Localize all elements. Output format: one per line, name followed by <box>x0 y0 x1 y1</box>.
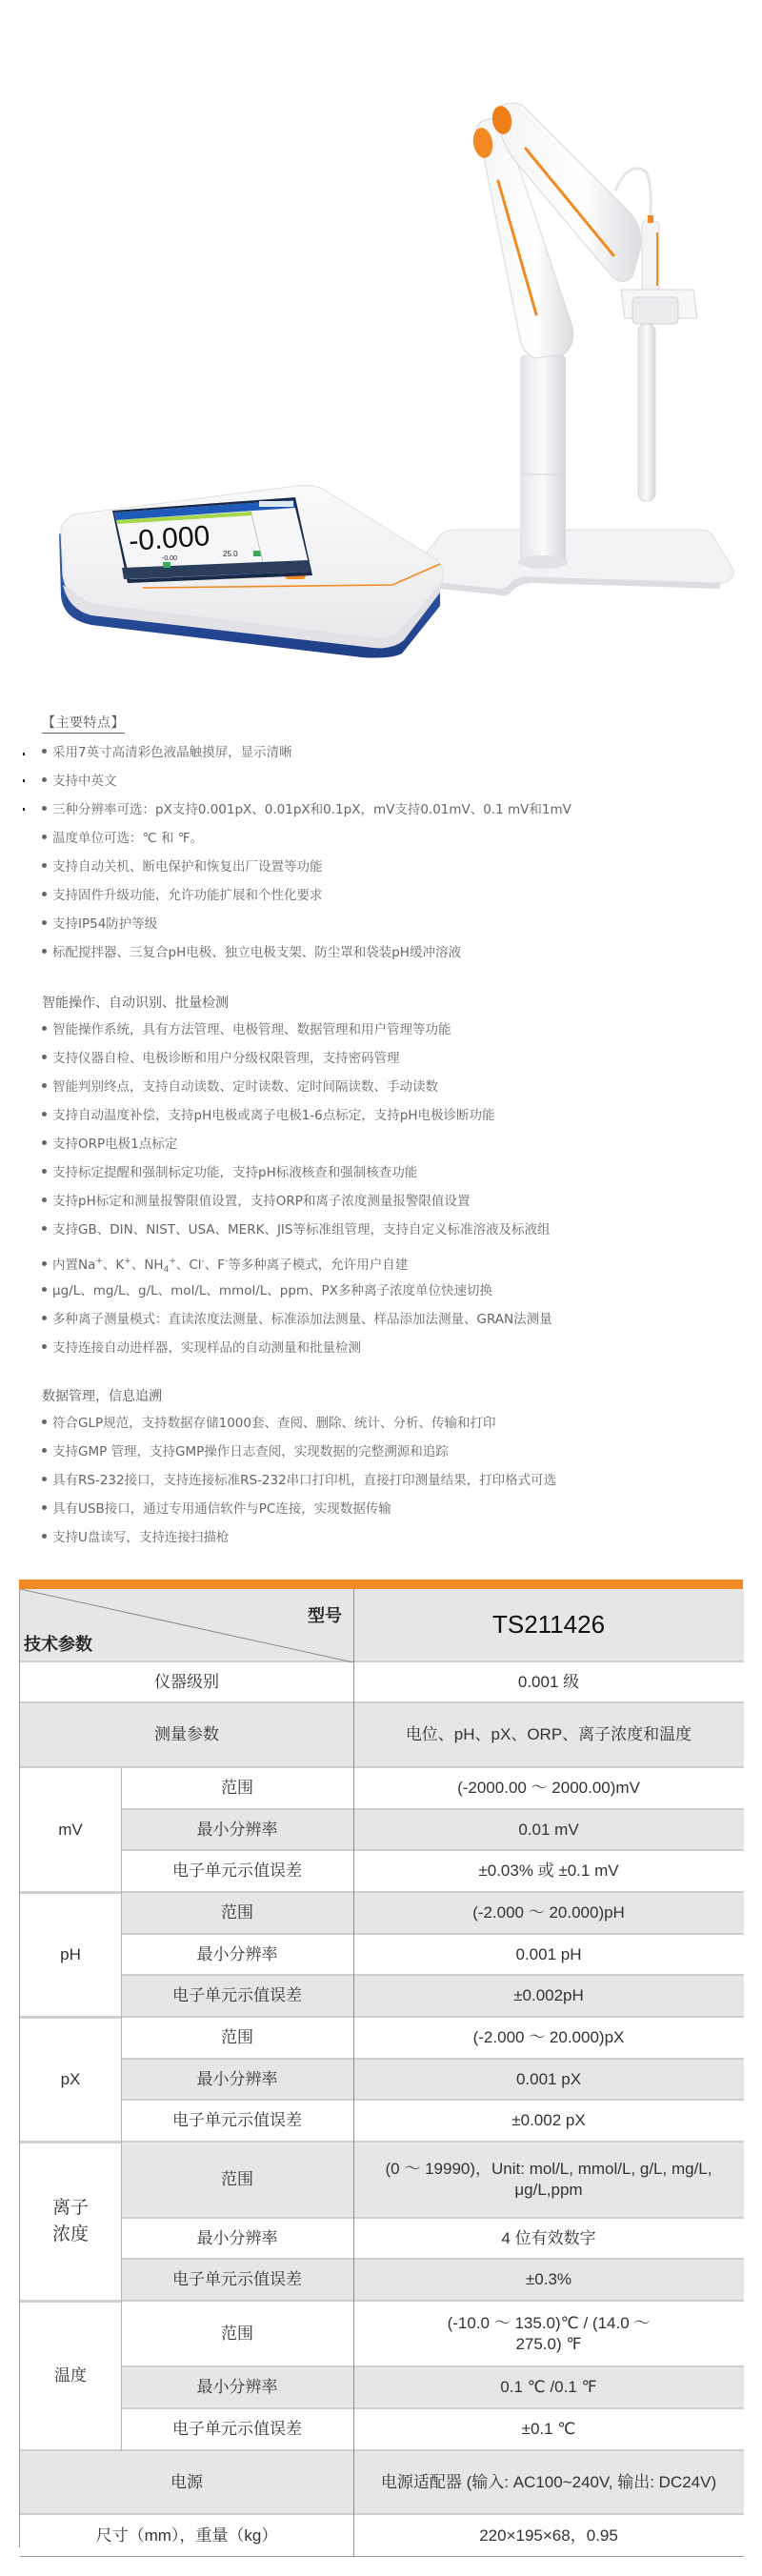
sub-value: 0.001 pH <box>353 1935 744 1976</box>
stray-mark <box>23 753 25 755</box>
stray-mark <box>23 808 25 811</box>
bullet-icon <box>42 1083 47 1088</box>
sub-label: 范围 <box>121 1768 353 1810</box>
bullet-icon <box>42 1140 47 1145</box>
sub-label: 电子单元示值误差 <box>121 2260 353 2302</box>
screen-sub-left: -0.00 <box>162 555 177 562</box>
feature-item: 支持U盘读写，支持连接扫描枪 <box>42 1529 229 1546</box>
feature-item: 支持中英文 <box>42 773 117 790</box>
section-heading-data-management: 数据管理，信息追溯 <box>42 1386 162 1405</box>
sub-value: ±0.03% 或 ±0.1 mV <box>353 1851 744 1893</box>
group-divider <box>20 2301 121 2303</box>
feature-item: 支持标定提醒和强制标定功能，支持pH标液核查和强制核查功能 <box>42 1164 417 1181</box>
feature-item: 支持连接自动进样器，实现样品的自动测量和批量检测 <box>42 1339 361 1357</box>
feature-item: 支持ORP电极1点标定 <box>42 1136 177 1153</box>
row-value-power: 电源适配器 (输入: AC100~240V, 输出: DC24V) <box>353 2451 744 2515</box>
sub-label: 电子单元示值误差 <box>121 2101 353 2143</box>
model-number: TS211426 <box>353 1589 744 1662</box>
feature-item: 具有USB接口，通过专用通信软件与PC连接，实现数据传输 <box>42 1500 391 1518</box>
row-value-size-weight: 220×195×68，0.95 <box>353 2515 744 2557</box>
product-image: -0.000 -0.00 25.0 <box>0 0 762 686</box>
bullet-icon <box>42 892 47 896</box>
stray-mark <box>23 779 25 782</box>
bullet-icon <box>42 1534 47 1539</box>
meter-device: -0.000 -0.00 25.0 <box>59 486 443 658</box>
feature-item: 支持GMP 管理，支持GMP操作日志查阅，实现数据的完整溯源和追踪 <box>42 1443 449 1460</box>
row-value-grade: 0.001 级 <box>353 1662 744 1703</box>
feature-item: 支持GB、DIN、NIST、USA、MERK、JIS等标准组管理，支持自定义标准… <box>42 1221 550 1238</box>
bullet-icon <box>42 863 47 868</box>
bullet-icon <box>42 1344 47 1349</box>
sub-label: 电子单元示值误差 <box>121 1851 353 1893</box>
sub-label: 范围 <box>121 2302 353 2367</box>
sub-label: 电子单元示值误差 <box>121 1976 353 2018</box>
feature-item: 支持pH标定和测量报警限值设置，支持ORP和离子浓度测量报警限值设置 <box>42 1193 470 1210</box>
bullet-icon <box>42 1226 47 1231</box>
params-header-label: 技术参数 <box>24 1631 92 1656</box>
bullet-icon <box>42 749 47 754</box>
group-divider <box>20 2017 121 2019</box>
sub-label: 范围 <box>121 2018 353 2060</box>
table-top-accent-bar <box>19 1580 743 1589</box>
group-label-px: pX <box>20 2018 121 2143</box>
group-label-ph: pH <box>20 1893 121 2018</box>
sub-label: 最小分辨率 <box>121 1935 353 1976</box>
feature-item: 符合GLP规范，支持数据存储1000套、查阅、删除、统计、分析、传输和打印 <box>42 1415 495 1432</box>
feature-item: 采用7英寸高清彩色液晶触摸屏，显示清晰 <box>42 744 292 761</box>
sub-value: (-2.000 ～ 20.000)pH <box>353 1893 744 1935</box>
feature-item-ion-modes: 内置Na+、K+、NH4+、Cl-、F-等多种离子模式，允许用户自建 <box>42 1253 408 1278</box>
bullet-icon <box>42 1055 47 1059</box>
bullet-icon <box>42 1419 47 1424</box>
row-label-size-weight: 尺寸（mm），重量（kg） <box>20 2515 353 2557</box>
spec-table: 型号 技术参数 TS211426 仪器级别 0.001 级 测量参数 电位、pH… <box>19 1580 743 2547</box>
feature-item: 支持自动关机、断电保护和恢复出厂设置等功能 <box>42 858 323 875</box>
sub-label: 电子单元示值误差 <box>121 2409 353 2451</box>
row-value-params: 电位、pH、pX、ORP、离子浓度和温度 <box>353 1703 744 1768</box>
sub-value: (-2.000 ～ 20.000)pX <box>353 2018 744 2060</box>
feature-item: 支持固件升级功能，允许功能扩展和个性化要求 <box>42 887 323 904</box>
table-header-corner: 型号 技术参数 <box>20 1589 353 1662</box>
feature-item: 智能判别终点，支持自动读数、定时读数、定时间隔读数、手动读数 <box>42 1078 438 1096</box>
feature-item: 温度单位可选：℃ 和 ℉。 <box>42 830 203 847</box>
sub-label: 范围 <box>121 2143 353 2219</box>
electrode-stand <box>414 103 733 595</box>
feature-item: 支持自动温度补偿，支持pH电极或离子电极1-6点标定，支持pH电极诊断功能 <box>42 1107 495 1124</box>
feature-item: μg/L、mg/L、g/L、mol/L、mmol/L、ppm、PX多种离子浓度单… <box>42 1282 492 1299</box>
sub-value: ±0.002pH <box>353 1976 744 2018</box>
touchscreen: -0.000 -0.00 25.0 <box>112 497 312 583</box>
row-label-params: 测量参数 <box>20 1703 353 1768</box>
feature-item: 智能操作系统，具有方法管理、电极管理、数据管理和用户管理等功能 <box>42 1021 451 1038</box>
group-divider <box>20 2142 121 2143</box>
sub-value: ±0.1 ℃ <box>353 2409 744 2451</box>
features-heading: 【主要特点】 <box>42 713 125 734</box>
bullet-icon <box>42 835 47 839</box>
sub-label: 最小分辨率 <box>121 2060 353 2101</box>
column-divider <box>353 1589 354 2557</box>
group-divider <box>20 1892 121 1894</box>
model-header-label: 型号 <box>308 1602 342 1627</box>
row-label-grade: 仪器级别 <box>20 1662 353 1703</box>
bullet-icon <box>42 1477 47 1481</box>
feature-item: 具有RS-232接口，支持连接标准RS-232串口打印机，直接打印测量结果，打印… <box>42 1472 556 1489</box>
bullet-icon <box>42 1287 47 1292</box>
feature-item: 多种离子测量模式：直读浓度法测量、标准添加法测量、样品添加法测量、GRAN法测量 <box>42 1311 552 1328</box>
bullet-icon <box>42 1112 47 1117</box>
feature-item: 三种分辨率可选：pX支持0.001pX、0.01pX和0.1pX，mV支持0.0… <box>42 801 571 818</box>
sub-value: 0.001 pX <box>353 2060 744 2101</box>
bullet-icon <box>42 1261 47 1266</box>
screen-sub-right: 25.0 <box>223 550 238 558</box>
column-divider <box>121 1768 122 2451</box>
screen-main-reading: -0.000 <box>128 520 211 557</box>
sub-value: (-10.0 ～ 135.0)℃ / (14.0 ～ 275.0) ℉ <box>353 2302 744 2367</box>
group-label-mv: mV <box>20 1768 121 1893</box>
bullet-icon <box>42 1197 47 1202</box>
sub-value: 0.1 ℃ /0.1 ℉ <box>353 2367 744 2409</box>
row-label-power: 电源 <box>20 2451 353 2515</box>
sub-label: 最小分辨率 <box>121 2367 353 2409</box>
feature-item: 支持仪器自检、电极诊断和用户分级权限管理，支持密码管理 <box>42 1050 400 1067</box>
sub-value: (-2000.00 ～ 2000.00)mV <box>353 1768 744 1810</box>
bullet-icon <box>42 1448 47 1453</box>
group-label-temperature: 温度 <box>20 2302 121 2451</box>
bullet-icon <box>42 777 47 782</box>
bullet-icon <box>42 1169 47 1174</box>
sub-value: 4 位有效数字 <box>353 2219 744 2260</box>
sub-label: 最小分辨率 <box>121 1810 353 1851</box>
bullet-icon <box>42 806 47 811</box>
feature-item: 标配搅拌器、三复合pH电极、独立电极支架、防尘罩和袋装pH缓冲溶液 <box>42 944 461 961</box>
sub-value: (0 ～ 19990)，Unit: mol/L, mmol/L, g/L, mg… <box>353 2143 744 2219</box>
bullet-icon <box>42 949 47 954</box>
sub-label: 最小分辨率 <box>121 2219 353 2260</box>
bullet-icon <box>42 1316 47 1320</box>
sub-value: 0.01 mV <box>353 1810 744 1851</box>
bullet-icon <box>42 1505 47 1510</box>
section-heading-smart-operation: 智能操作、自动识别、批量检测 <box>42 993 229 1012</box>
sub-label: 范围 <box>121 1893 353 1935</box>
bullet-icon <box>42 920 47 925</box>
spec-grid: 型号 技术参数 TS211426 仪器级别 0.001 级 测量参数 电位、pH… <box>19 1589 743 2547</box>
feature-item: 支持IP54防护等级 <box>42 916 157 933</box>
bullet-icon <box>42 1026 47 1031</box>
group-label-ion-concentration: 离子浓度 <box>20 2143 121 2302</box>
sub-value: ±0.3% <box>353 2260 744 2302</box>
sub-value: ±0.002 pX <box>353 2101 744 2143</box>
